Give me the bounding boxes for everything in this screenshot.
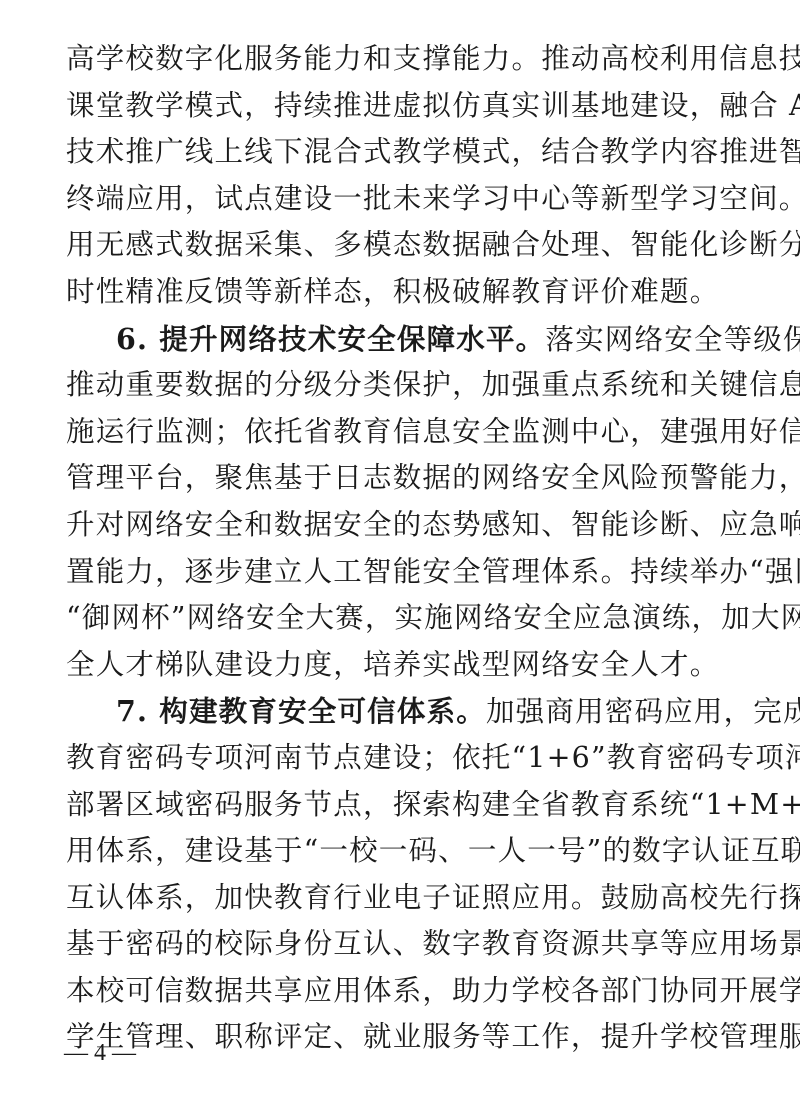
section-heading-line: 6. 提升网络技术安全保障水平。落实网络安全等级保护要求，: [66, 316, 782, 363]
text-line: 终端应用，试点建设一批未来学习中心等新型学习空间。鼓励应: [66, 176, 782, 223]
text-line: 教育密码专项河南节点建设；依托“1+6”教育密码专项河南节点，: [66, 735, 782, 782]
paragraph-section-6: 6. 提升网络技术安全保障水平。落实网络安全等级保护要求， 推动重要数据的分级分…: [66, 316, 782, 689]
paragraph-section-7: 7. 构建教育安全可信体系。加强商用密码应用，完成教育部 教育密码专项河南节点建…: [66, 688, 782, 1061]
document-page: 高学校数字化服务能力和支撑能力。推动高校利用信息技术重塑 课堂教学模式，持续推进…: [66, 36, 782, 1061]
text-line: 用无感式数据采集、多模态数据融合处理、智能化诊断分析、即: [66, 222, 782, 269]
text-line: 管理平台，聚焦基于日志数据的网络安全风险预警能力，探索提: [66, 455, 782, 502]
page-number: — 4 —: [64, 1040, 136, 1067]
text-line: 施运行监测；依托省教育信息安全监测中心，建强用好信息资产: [66, 409, 782, 456]
text-line: 本校可信数据共享应用体系，助力学校各部门协同开展学业评价、: [66, 968, 782, 1015]
text-line: 部署区域密码服务节点，探索构建全省教育系统“1+M+N”密码应: [66, 782, 782, 829]
text-line: 互认体系，加快教育行业电子证照应用。鼓励高校先行探索建设: [66, 875, 782, 922]
text-line: “御网杯”网络安全大赛，实施网络安全应急演练，加大网络安: [66, 595, 782, 642]
section-heading: 6. 提升网络技术安全保障水平。: [116, 322, 545, 356]
text-line: 学生管理、职称评定、就业服务等工作，提升学校管理服务水平。: [66, 1014, 782, 1061]
text-line: 技术推广线上线下混合式教学模式，结合教学内容推进智能教学: [66, 129, 782, 176]
text-line: 升对网络安全和数据安全的态势感知、智能诊断、应急响应与处: [66, 502, 782, 549]
section-heading-line: 7. 构建教育安全可信体系。加强商用密码应用，完成教育部: [66, 688, 782, 735]
text-line: 课堂教学模式，持续推进虚拟仿真实训基地建设，融合 AR、VR 等: [66, 83, 782, 130]
text-line: 用体系，建设基于“一校一码、一人一号”的数字认证互联互通: [66, 828, 782, 875]
section-heading: 7. 构建教育安全可信体系。: [116, 694, 486, 728]
text-line: 基于密码的校际身份互认、数字教育资源共享等应用场景，构建: [66, 921, 782, 968]
text-line: 时性精准反馈等新样态，积极破解教育评价难题。: [66, 269, 782, 316]
paragraph-intro-continuation: 高学校数字化服务能力和支撑能力。推动高校利用信息技术重塑 课堂教学模式，持续推进…: [66, 36, 782, 316]
text-line: 置能力，逐步建立人工智能安全管理体系。持续举办“强网杯”: [66, 549, 782, 596]
text-line: 全人才梯队建设力度，培养实战型网络安全人才。: [66, 642, 782, 689]
text-span: 落实网络安全等级保护要求，: [545, 323, 800, 356]
text-line: 推动重要数据的分级分类保护，加强重点系统和关键信息基础设: [66, 362, 782, 409]
text-line: 高学校数字化服务能力和支撑能力。推动高校利用信息技术重塑: [66, 36, 782, 83]
text-span: 加强商用密码应用，完成教育部: [486, 695, 800, 728]
